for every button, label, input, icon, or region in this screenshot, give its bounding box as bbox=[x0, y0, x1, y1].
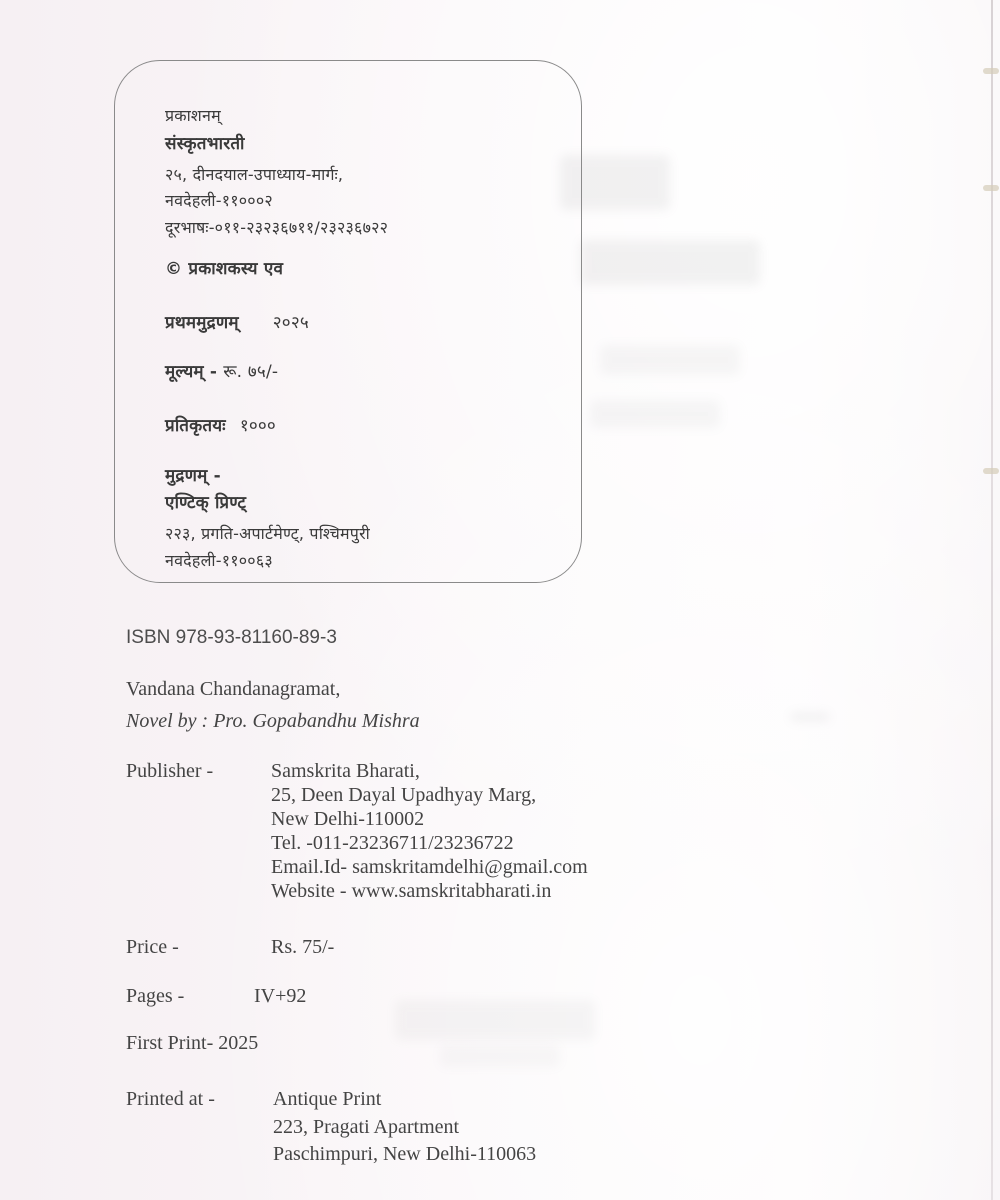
bleed-through-mark bbox=[590, 400, 720, 428]
printer-line: Antique Print bbox=[273, 1088, 381, 1111]
publisher-email: Email.Id- samskritamdelhi@gmail.com bbox=[271, 856, 588, 879]
printer-address-line-2: नवदेहली-११००६३ bbox=[165, 549, 273, 571]
pages-label: Pages - bbox=[126, 985, 184, 1008]
printer-heading: मुद्रणम् - bbox=[165, 463, 221, 486]
copies-value: १००० bbox=[240, 416, 276, 436]
binding-mark bbox=[983, 68, 999, 74]
price-value: Rs. 75/- bbox=[271, 936, 334, 959]
publisher-address-line-2: नवदेहली-११०००२ bbox=[165, 189, 273, 211]
publisher-website: Website - www.samskritabharati.in bbox=[271, 880, 551, 903]
printer-name: एण्टिक् प्रिण्ट् bbox=[165, 490, 246, 513]
price-value-sanskrit: रू. ७५/- bbox=[223, 362, 278, 382]
copyright-notice: © प्रकाशकस्य एव bbox=[165, 256, 283, 279]
binding-mark bbox=[983, 185, 999, 191]
printed-at-label: Printed at - bbox=[126, 1088, 215, 1111]
price-label: Price - bbox=[126, 936, 179, 959]
first-edition-label: प्रथममुद्रणम् bbox=[165, 313, 239, 333]
publisher-line: Samskrita Bharati, bbox=[271, 760, 420, 783]
bleed-through-mark bbox=[580, 240, 760, 285]
copies-label: प्रतिकृतयः bbox=[165, 416, 226, 436]
printer-address-line-1: २२३, प्रगति-अपार्टमेण्ट्, पश्चिमपुरी bbox=[165, 522, 370, 544]
first-edition: प्रथममुद्रणम्२०२५ bbox=[165, 310, 309, 333]
bleed-through-mark bbox=[395, 1000, 595, 1040]
publisher-name: संस्कृतभारती bbox=[165, 131, 245, 154]
pages-value: IV+92 bbox=[254, 985, 306, 1008]
publisher-label: Publisher - bbox=[126, 760, 213, 783]
first-print: First Print- 2025 bbox=[126, 1032, 258, 1055]
book-author: Novel by : Pro. Gopabandhu Mishra bbox=[126, 710, 420, 733]
isbn-number: ISBN 978-93-81160-89-3 bbox=[126, 627, 337, 649]
bleed-through-mark bbox=[600, 345, 740, 375]
publisher-line: Tel. -011-23236711/23236722 bbox=[271, 832, 514, 855]
book-title: Vandana Chandanagramat, bbox=[126, 678, 340, 701]
page-binding-edge bbox=[991, 0, 993, 1200]
price-label-sanskrit: मूल्यम् - bbox=[165, 362, 217, 382]
first-edition-year: २०२५ bbox=[273, 313, 309, 333]
price-sanskrit: मूल्यम् - रू. ७५/- bbox=[165, 359, 278, 382]
publisher-line: 25, Deen Dayal Upadhyay Marg, bbox=[271, 784, 536, 807]
printer-line: 223, Pragati Apartment bbox=[273, 1116, 459, 1139]
publisher-line: New Delhi-110002 bbox=[271, 808, 424, 831]
printer-line: Paschimpuri, New Delhi-110063 bbox=[273, 1143, 536, 1166]
bleed-through-mark bbox=[440, 1045, 560, 1067]
publisher-address-line-1: २५, दीनदयाल-उपाध्याय-मार्गः, bbox=[165, 163, 343, 185]
bleed-through-mark bbox=[790, 712, 830, 722]
binding-mark bbox=[983, 468, 999, 474]
publisher-heading: प्रकाशनम् bbox=[165, 104, 221, 126]
publisher-phone: दूरभाषः-०११-२३२३६७११/२३२३६७२२ bbox=[165, 216, 388, 238]
copies-count: प्रतिकृतयः१००० bbox=[165, 413, 276, 436]
